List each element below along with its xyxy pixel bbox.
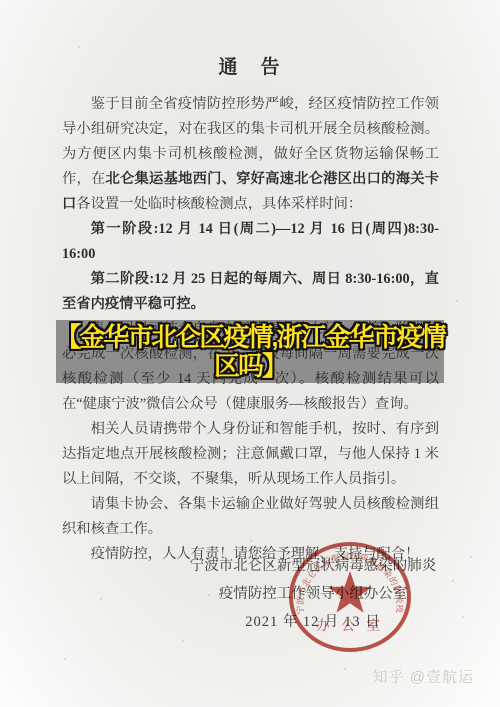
overlay-caption-line2: 区吗】 — [214, 352, 286, 381]
notice-paragraph: 请集卡协会、各集卡运输企业做好驾驶人员核酸检测组织和核查工作。 — [62, 492, 439, 542]
notice-photo: 通 告 鉴于目前全省疫情防控形势严峻，经区疫情防控工作领导小组研究决定，对在我区… — [0, 0, 500, 707]
official-seal: 宁波市北仑区新型冠状病毒感染的肺炎疫情防控工作领导小组 办 公 室 — [286, 540, 414, 654]
notice-paragraph: 鉴于目前全省疫情防控形势严峻，经区疫情防控工作领导小组研究决定，对在我区的集卡司… — [62, 92, 439, 217]
notice-title: 通 告 — [0, 52, 500, 79]
notice-paragraph: 相关人员请携带个人身份证和智能手机，按时、有序到达指定地点开展核酸检测；注意佩戴… — [62, 417, 439, 492]
notice-paragraph: 第一阶段:12 月 14 日(周二)—12 月 16 日(周四)8:30-16:… — [62, 217, 439, 267]
svg-text:办 公 室: 办 公 室 — [316, 617, 384, 633]
overlay-caption-band: 【金华市北仑区疫情,浙江金华市疫情 区吗】 — [56, 320, 444, 383]
overlay-caption-line1: 【金华市北仑区疫情,浙江金华市疫情 — [55, 323, 444, 352]
watermark-credit: 知乎 @壹航运 — [373, 666, 474, 687]
notice-paragraph: 第二阶段:12 月 25 日起的每周六、周日 8:30-16:00，直至省内疫情… — [62, 267, 439, 317]
seal-star-icon — [328, 571, 372, 613]
